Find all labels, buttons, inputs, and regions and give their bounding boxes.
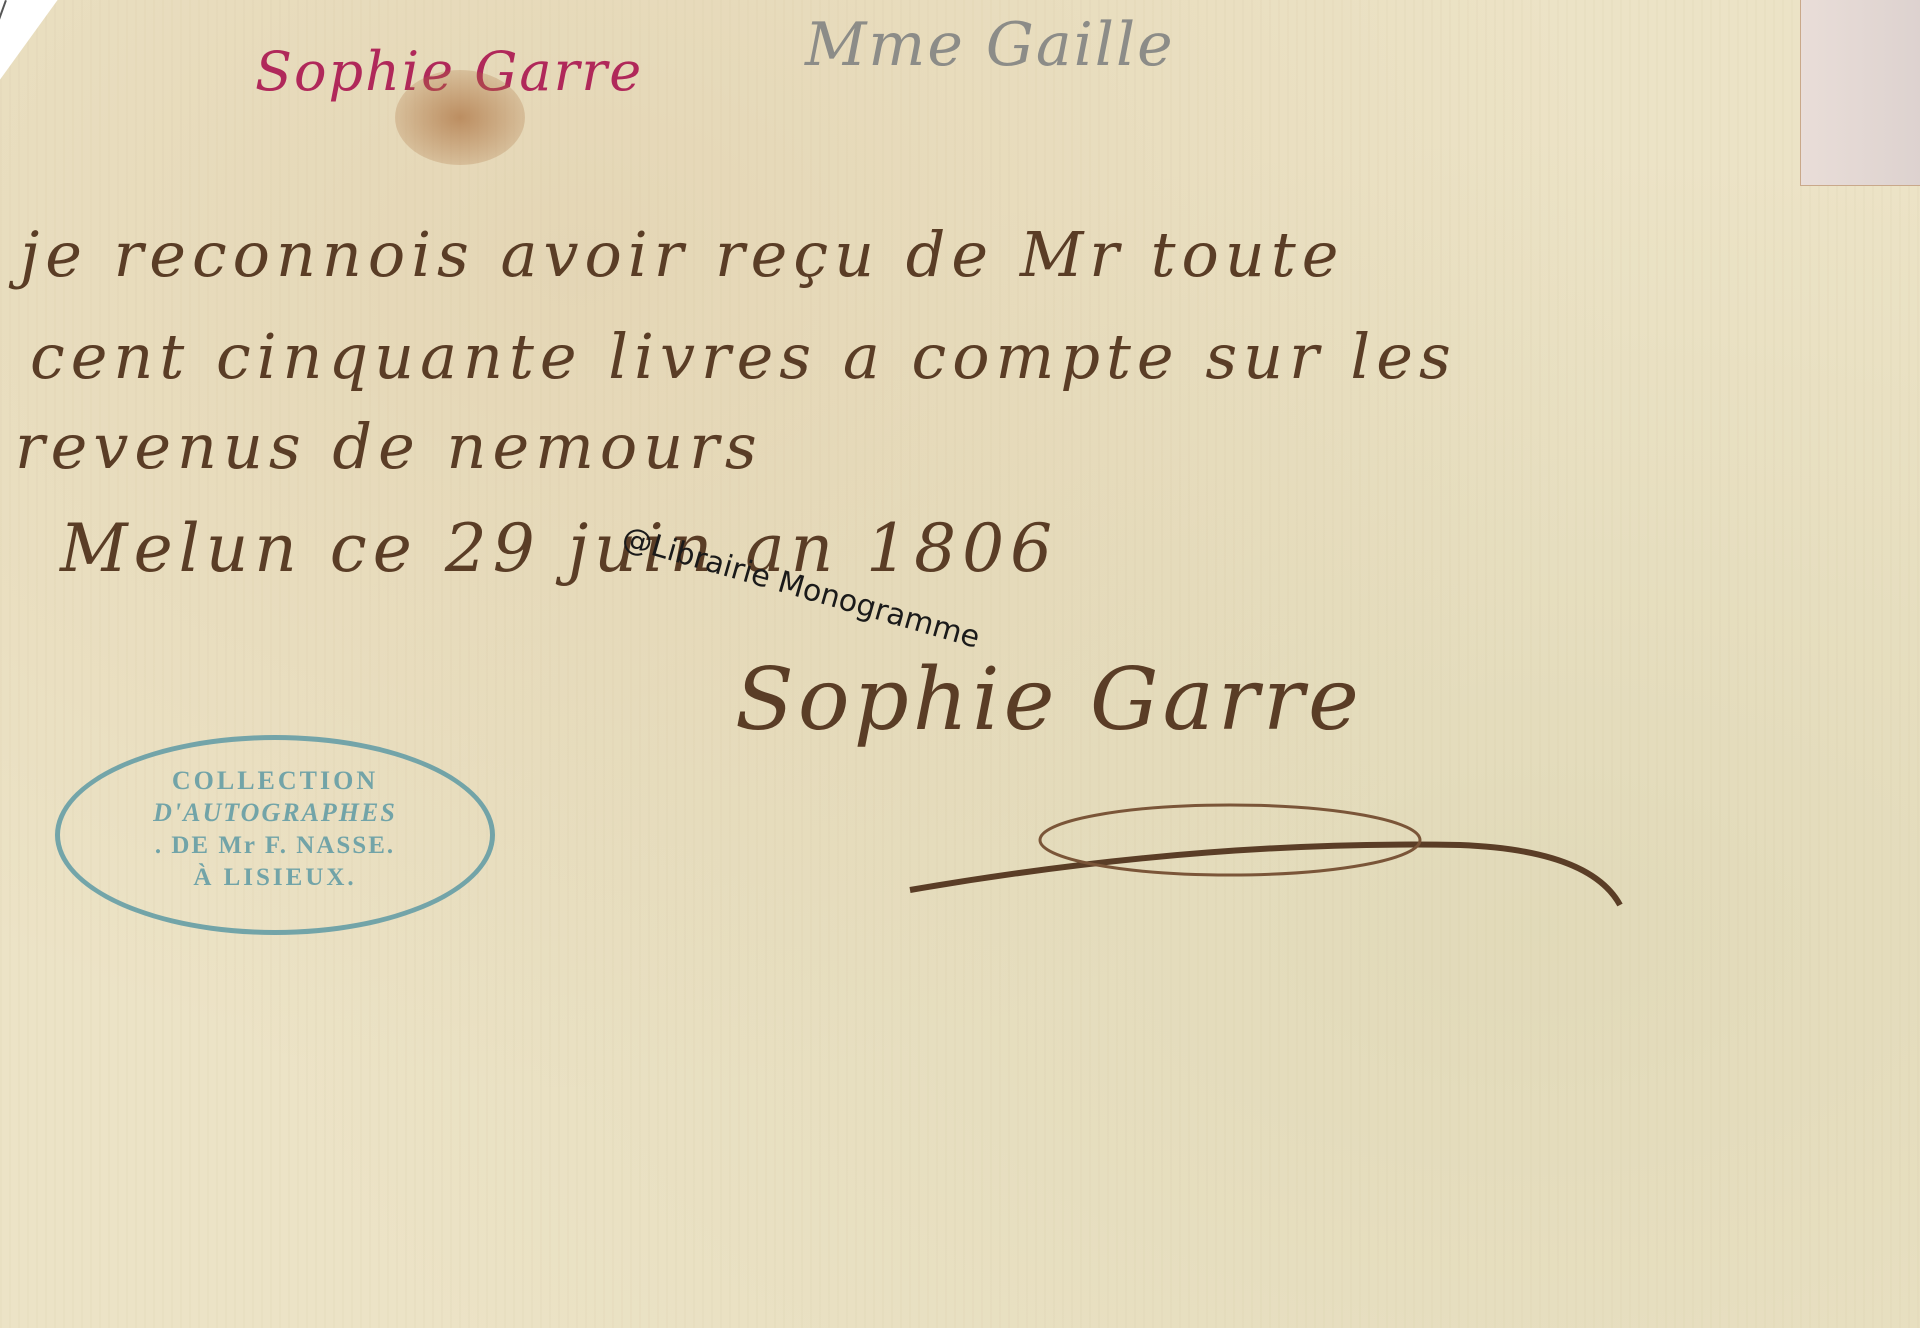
stamp-line-1: COLLECTION [60,766,490,796]
body-line-2: cent cinquante livres a compte sur les [30,320,1457,393]
stamp-line-4: À LISIEUX. [60,864,490,892]
signature: Sophie Garre [735,650,1363,750]
paper-tape-remnant [1800,0,1920,186]
torn-corner-edge [0,0,7,71]
stamp-line-3: . DE Mr F. NASSE. [60,832,490,860]
body-line-3: revenus de nemours [15,410,763,483]
body-line-1: je reconnois avoir reçu de Mr toute [20,218,1344,291]
collection-stamp: COLLECTION D'AUTOGRAPHES . DE Mr F. NASS… [55,735,495,935]
ink-stain [395,70,525,165]
stamp-line-2: D'AUTOGRAPHES [60,798,490,828]
pencil-note: Mme Gaille [805,10,1175,80]
date-line: Melun ce 29 juin an 1806 [60,510,1058,587]
signature-flourish [900,780,1640,910]
